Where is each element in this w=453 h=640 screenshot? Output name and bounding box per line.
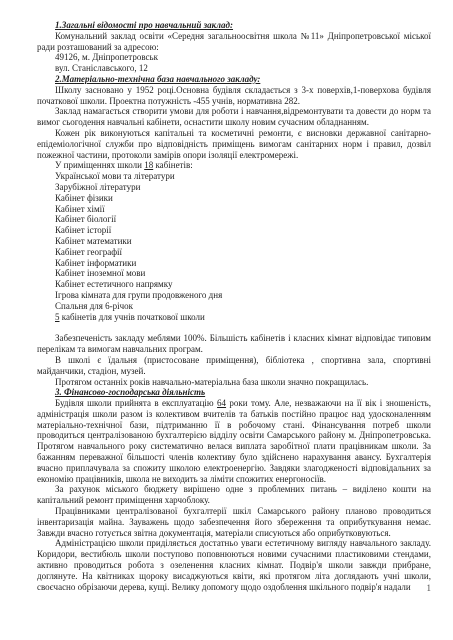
building-age-number: 64: [217, 398, 226, 408]
list-item-cabinet: Кабінет хімії: [55, 204, 431, 215]
paragraph-school-intro: Комунальний заклад освіти «Середня загал…: [37, 31, 431, 53]
paragraph-budget: За рахунок міського бюджету вирішено одн…: [37, 484, 431, 506]
list-item-cabinet: Спальня для 6-річок: [55, 301, 431, 312]
list-item-cabinet: Української мови та літератури: [55, 171, 431, 182]
rooms-count-number: 18: [144, 160, 153, 170]
paragraph-aesthetics: Адміністрацією школи приділяється достат…: [37, 538, 431, 592]
list-item-cabinet: Кабінет географії: [55, 247, 431, 258]
rooms-count-suffix: кабінетів:: [153, 160, 193, 170]
rooms-count-line: У приміщеннях школи 18 кабінетів:: [55, 160, 431, 171]
section-2-heading: 2.Матеріально-технічна база навчального …: [55, 74, 431, 85]
document-page: 1.Загальні відомості про навчальний закл…: [0, 0, 453, 640]
page-number: 1: [427, 583, 432, 593]
rooms-count-prefix: У приміщеннях школи: [55, 160, 144, 170]
paragraph-facilities: В школі є їдальня (пристосоване приміщен…: [37, 355, 431, 377]
list-item-cabinet: Кабінет естетичного напрямку: [55, 279, 431, 290]
primary-cabinets-suffix: кабінетів для учнів початкової школи: [60, 312, 205, 322]
list-item-cabinet: Кабінет біології: [55, 214, 431, 225]
paragraph-improved: Протягом останніх років навчально-матері…: [37, 377, 431, 388]
paragraph-founded: Школу засновано у 1952 році.Основна буді…: [37, 85, 431, 107]
paragraph-conditions: Заклад намагається створити умови для ро…: [37, 106, 431, 128]
address-line-street: вул. Станіславського, 12: [55, 63, 431, 74]
document-content: 1.Загальні відомості про навчальний закл…: [37, 20, 431, 592]
list-item-cabinet: Кабінет фізики: [55, 193, 431, 204]
section-3-heading: 3. Фінансово-господарська діяльність: [55, 387, 431, 398]
list-item-cabinet: Кабінет інформатики: [55, 258, 431, 269]
building-age-prefix: Будівля школи прийнята в експлуатацію: [55, 398, 217, 408]
primary-cabinets-line: 5 кабінетів для учнів початкової школи: [55, 312, 431, 323]
building-age-suffix: роки тому. Але, незважаючи на її вік і з…: [37, 398, 431, 484]
paragraph-building-age: Будівля школи прийнята в експлуатацію 64…: [37, 398, 431, 484]
paragraph-furniture: Забезпеченість закладу меблями 100%. Біл…: [37, 333, 431, 355]
address-line-postal: 49126, м. Дніпропетровськ: [55, 52, 431, 63]
list-item-cabinet: Зарубіжної літератури: [55, 182, 431, 193]
list-item-cabinet: Кабінет іноземної мови: [55, 268, 431, 279]
section-1-heading: 1.Загальні відомості про навчальний закл…: [55, 20, 431, 31]
paragraph-repairs: Кожен рік виконуються капітальні та косм…: [37, 128, 431, 160]
list-item-cabinet: Ігрова кімната для групи продовженого дн…: [55, 290, 431, 301]
paragraph-inventory: Працівниками централізованої бухгалтерії…: [37, 506, 431, 538]
list-item-cabinet: Кабінет математики: [55, 236, 431, 247]
list-item-cabinet: Кабінет історії: [55, 225, 431, 236]
